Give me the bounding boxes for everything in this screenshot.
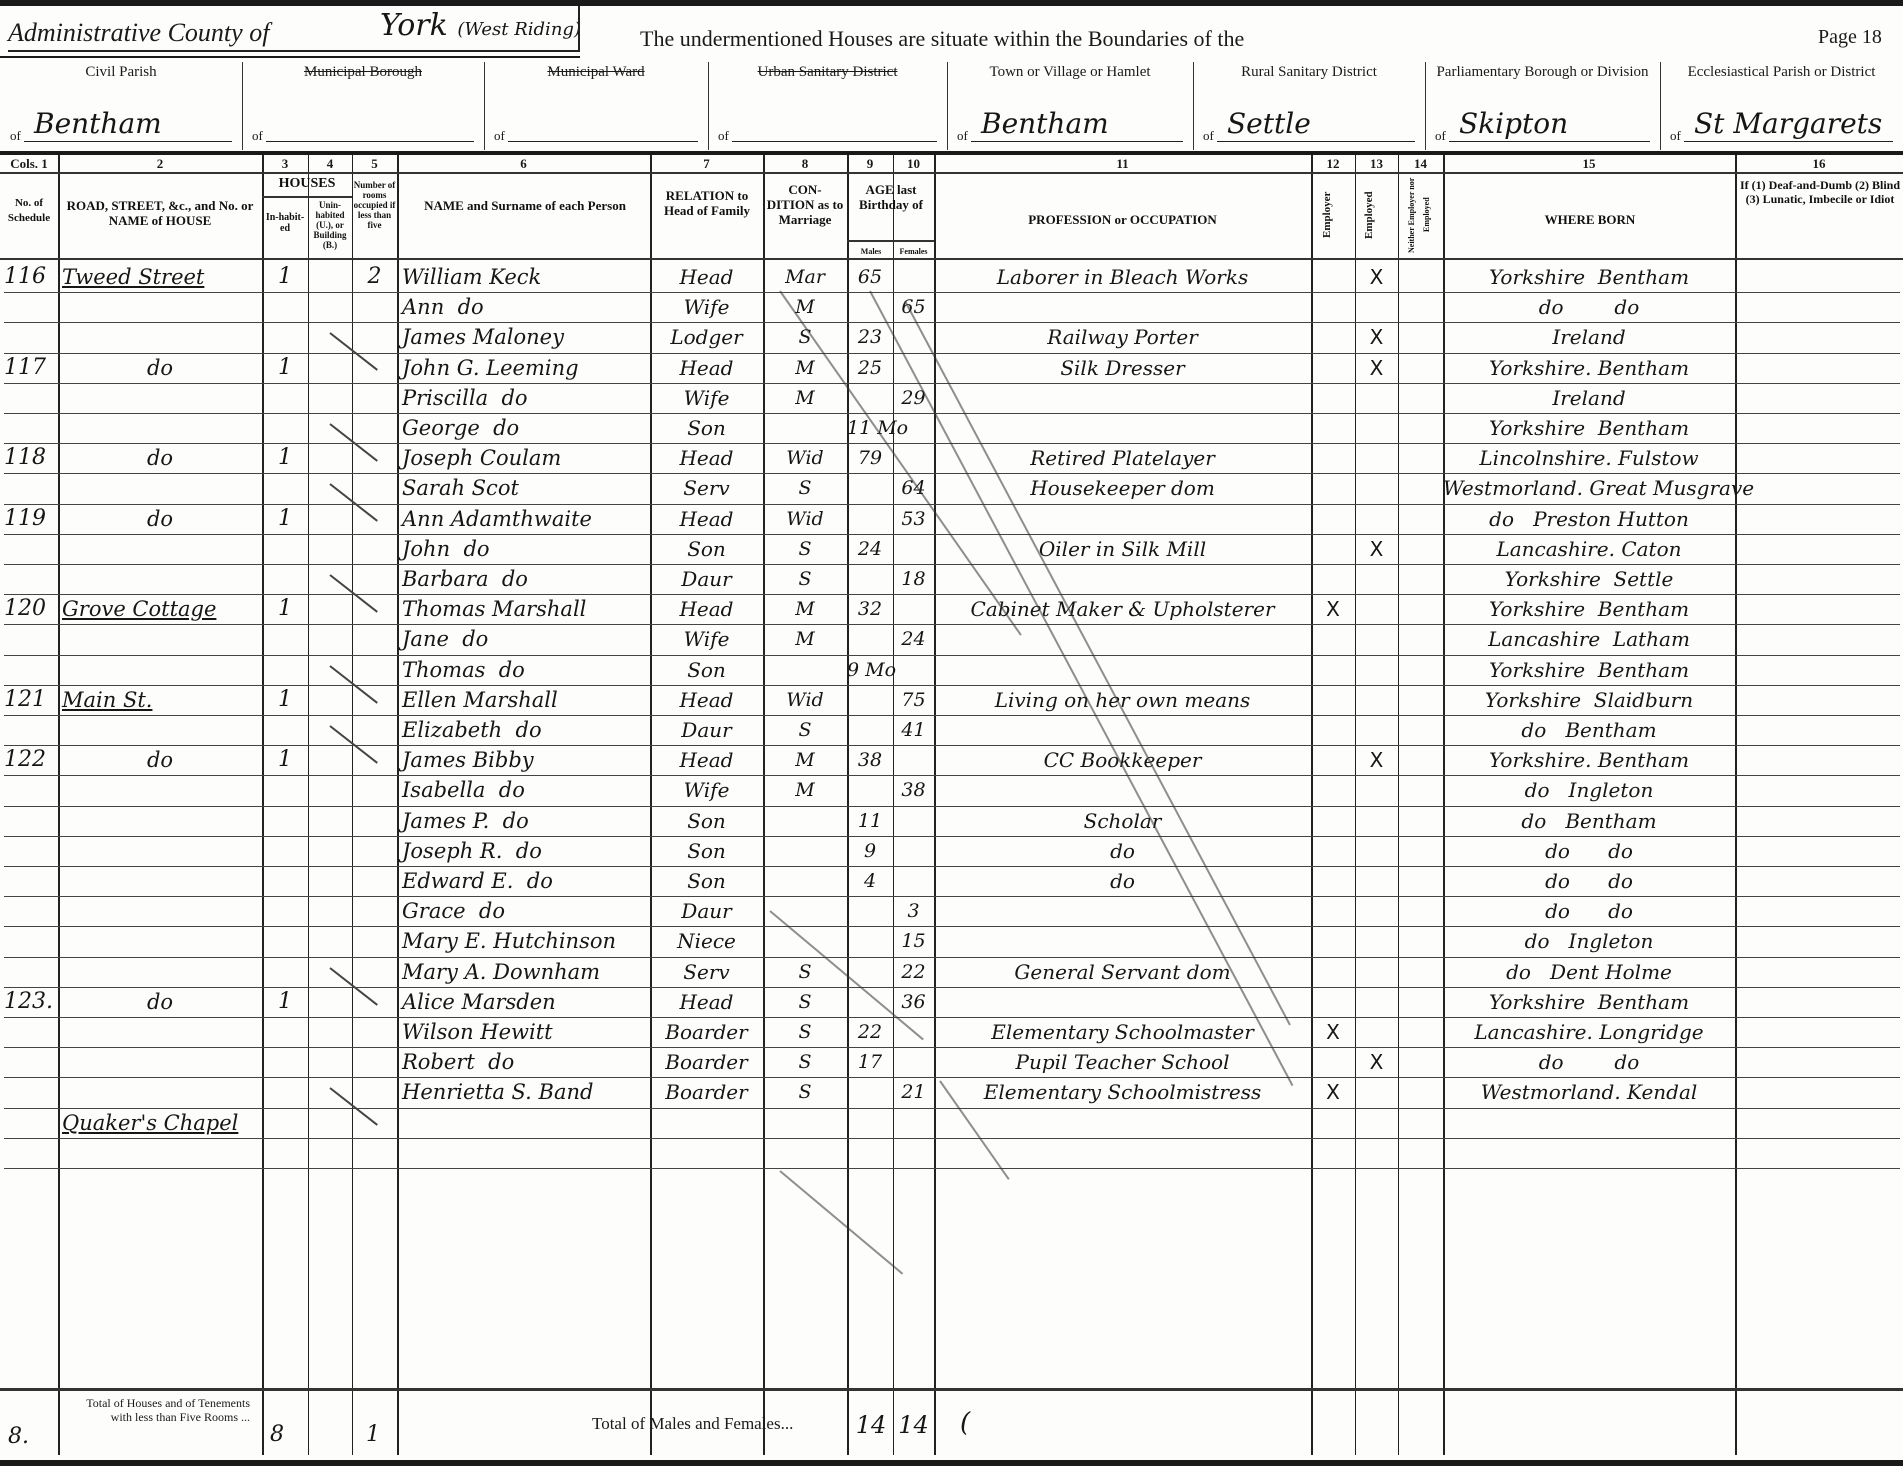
schedule-number: 123. — [4, 987, 58, 1017]
inhabited-count: 1 — [262, 262, 308, 292]
employed-mark — [1355, 715, 1398, 745]
person-name: John G. Leeming — [402, 353, 648, 383]
rooms-count — [352, 1077, 397, 1107]
age-female: 15 — [893, 926, 934, 956]
person-name: Ann do — [402, 292, 648, 322]
relation: Head — [650, 353, 763, 383]
area-field-4: Town or Village or HamletofBentham — [947, 60, 1193, 150]
condition: S — [763, 715, 847, 745]
road-or-house: Quaker's Chapel — [62, 1108, 258, 1138]
person-name: Alice Marsden — [402, 987, 648, 1017]
person-name: Henrietta S. Band — [402, 1077, 648, 1107]
road-or-house: do — [62, 745, 258, 775]
column-number: 14 — [1398, 156, 1443, 172]
column-divider — [397, 155, 399, 1455]
person-name — [402, 1138, 648, 1168]
person-name: James P. do — [402, 806, 648, 836]
occupation: CC Bookkeeper — [934, 745, 1311, 775]
occupation: Silk Dresser — [934, 353, 1311, 383]
employed-mark — [1355, 836, 1398, 866]
area-label: Rural Sanitary District — [1193, 64, 1425, 80]
relation: Head — [650, 594, 763, 624]
inhabited-count — [262, 806, 308, 836]
employed-mark — [1355, 1077, 1398, 1107]
area-of: of — [10, 128, 21, 144]
inhabited-count — [262, 926, 308, 956]
column-number: 6 — [397, 156, 650, 172]
col-males-heading: Males — [849, 244, 893, 259]
road-or-house — [62, 534, 258, 564]
employer-mark — [1311, 1138, 1355, 1168]
rooms-count — [352, 957, 397, 987]
condition: Wid — [763, 685, 847, 715]
birthplace: do Ingleton — [1443, 926, 1735, 956]
age-female — [893, 1108, 934, 1138]
column-divider — [308, 155, 309, 1455]
condition: S — [763, 1047, 847, 1077]
area-field-5: Rural Sanitary DistrictofSettle — [1193, 60, 1425, 150]
col-females-heading: Females — [893, 244, 934, 259]
schedule-number — [4, 715, 58, 745]
birthplace: do Preston Hutton — [1443, 504, 1735, 534]
inhabited-count — [262, 775, 308, 805]
road-or-house: Grove Cottage — [62, 594, 258, 624]
condition: Mar — [763, 262, 847, 292]
employed-mark: X — [1355, 262, 1398, 292]
col-inhabited-heading: In-habit-ed — [262, 212, 308, 234]
relation: Head — [650, 987, 763, 1017]
occupation — [934, 1108, 1311, 1138]
occupation: Pupil Teacher School — [934, 1047, 1311, 1077]
area-underline — [508, 141, 698, 142]
rooms-count — [352, 715, 397, 745]
rooms-count: 2 — [352, 262, 397, 292]
col-road-heading: ROAD, STREET, &c., and No. or NAME of HO… — [62, 198, 258, 228]
condition: S — [763, 957, 847, 987]
inhabited-count — [262, 1138, 308, 1168]
rooms-count — [352, 624, 397, 654]
person-name: Jane do — [402, 624, 648, 654]
area-underline — [1449, 141, 1650, 142]
schedule-number: 116 — [4, 262, 58, 292]
employer-mark: X — [1311, 1077, 1355, 1107]
occupation: do — [934, 866, 1311, 896]
employed-mark — [1355, 957, 1398, 987]
age-male — [847, 504, 893, 534]
area-of: of — [252, 128, 263, 144]
birthplace: Yorkshire Settle — [1443, 564, 1735, 594]
road-or-house — [62, 624, 258, 654]
inhabited-count: 1 — [262, 594, 308, 624]
column-number: 8 — [763, 156, 847, 172]
road-or-house — [62, 564, 258, 594]
area-underline — [732, 141, 937, 142]
relation: Head — [650, 745, 763, 775]
employed-mark — [1355, 866, 1398, 896]
houses-total: 8 — [270, 1420, 284, 1450]
age-female — [893, 413, 934, 443]
condition — [763, 413, 847, 443]
employer-mark — [1311, 896, 1355, 926]
schedule-number — [4, 866, 58, 896]
col-age-heading: AGE last Birthday of — [849, 182, 933, 212]
condition: M — [763, 383, 847, 413]
area-value: St Margarets — [1694, 107, 1882, 140]
page-number: Page 18 — [1818, 26, 1882, 49]
road-or-house — [62, 1077, 258, 1107]
inhabited-count — [262, 836, 308, 866]
col-neither-heading: Neither Employer nor Employed — [1404, 176, 1436, 254]
col-occupation-heading: PROFESSION or OCCUPATION — [940, 212, 1305, 227]
age-male: 9 — [847, 836, 893, 866]
condition: S — [763, 473, 847, 503]
relation: Son — [650, 413, 763, 443]
age-female — [893, 1138, 934, 1168]
employer-mark — [1311, 775, 1355, 805]
birthplace: Lancashire Latham — [1443, 624, 1735, 654]
relation — [650, 1108, 763, 1138]
rooms-count — [352, 896, 397, 926]
occupation: Laborer in Bleach Works — [934, 262, 1311, 292]
condition: M — [763, 292, 847, 322]
inhabited-count: 1 — [262, 353, 308, 383]
road-or-house — [62, 655, 258, 685]
area-label: Civil Parish — [0, 64, 242, 80]
rooms-count — [352, 564, 397, 594]
inhabited-count — [262, 866, 308, 896]
person-name: Robert do — [402, 1047, 648, 1077]
employed-mark — [1355, 624, 1398, 654]
schedule-number — [4, 836, 58, 866]
column-number: 12 — [1311, 156, 1355, 172]
employer-mark: X — [1311, 1017, 1355, 1047]
employed-mark — [1355, 564, 1398, 594]
age-female — [893, 534, 934, 564]
relation: Head — [650, 504, 763, 534]
schedule-number — [4, 322, 58, 352]
birthplace: do do — [1443, 1047, 1735, 1077]
schedule-number — [4, 957, 58, 987]
age-female: 41 — [893, 715, 934, 745]
employed-mark: X — [1355, 353, 1398, 383]
road-or-house — [62, 383, 258, 413]
road-or-house — [62, 866, 258, 896]
age-female: 21 — [893, 1077, 934, 1107]
occupation: Oiler in Silk Mill — [934, 534, 1311, 564]
column-number: 15 — [1443, 156, 1735, 172]
rooms-count — [352, 473, 397, 503]
person-name: Sarah Scot — [402, 473, 648, 503]
schedule-number — [4, 806, 58, 836]
age-female: 22 — [893, 957, 934, 987]
area-label: Municipal Borough — [242, 64, 484, 80]
footer-rule — [0, 1388, 1903, 1391]
age-male — [847, 926, 893, 956]
age-female: 53 — [893, 504, 934, 534]
age-female — [893, 1047, 934, 1077]
employer-mark — [1311, 353, 1355, 383]
col-employer-heading: Employer — [1320, 180, 1335, 250]
rooms-count — [352, 775, 397, 805]
admin-county-separator — [578, 6, 580, 52]
relation: Daur — [650, 715, 763, 745]
employed-mark: X — [1355, 534, 1398, 564]
employer-mark: X — [1311, 594, 1355, 624]
employer-mark — [1311, 926, 1355, 956]
schedule-number — [4, 1017, 58, 1047]
column-number: 9 — [847, 156, 893, 172]
schedule-number — [4, 564, 58, 594]
age-female — [893, 353, 934, 383]
relation: Wife — [650, 775, 763, 805]
area-of: of — [957, 128, 968, 144]
header-rule — [0, 258, 1903, 260]
employer-mark — [1311, 413, 1355, 443]
rooms-total: 1 — [366, 1420, 380, 1450]
road-or-house: Tweed Street — [62, 262, 258, 292]
schedule-number — [4, 534, 58, 564]
area-field-3: Urban Sanitary Districtof — [708, 60, 947, 150]
employed-mark — [1355, 896, 1398, 926]
schedule-number — [4, 926, 58, 956]
inhabited-count — [262, 655, 308, 685]
employer-mark — [1311, 745, 1355, 775]
age-male: 32 — [847, 594, 893, 624]
age-male — [847, 775, 893, 805]
relation: Daur — [650, 896, 763, 926]
age-male: 38 — [847, 745, 893, 775]
age-male — [847, 1108, 893, 1138]
road-or-house: do — [62, 504, 258, 534]
admin-county-underline — [8, 50, 578, 52]
age-male — [847, 987, 893, 1017]
inhabited-count — [262, 715, 308, 745]
birthplace: Lancashire. Caton — [1443, 534, 1735, 564]
column-number: 3 — [262, 156, 308, 172]
area-field-0: Civil ParishofBentham — [0, 60, 242, 150]
column-number: 5 — [352, 156, 397, 172]
occupation — [934, 383, 1311, 413]
schedule-number — [4, 655, 58, 685]
area-of: of — [1203, 128, 1214, 144]
area-of: of — [1435, 128, 1446, 144]
area-value: Bentham — [34, 107, 162, 140]
inhabited-count: 1 — [262, 745, 308, 775]
age-female: 38 — [893, 775, 934, 805]
employed-mark — [1355, 1017, 1398, 1047]
birthplace: Yorkshire. Bentham — [1443, 353, 1735, 383]
relation: Boarder — [650, 1077, 763, 1107]
occupation: Retired Platelayer — [934, 443, 1311, 473]
condition — [763, 655, 847, 685]
person-name: Joseph Coulam — [402, 443, 648, 473]
age-female: 36 — [893, 987, 934, 1017]
relation: Son — [650, 806, 763, 836]
person-name — [402, 1108, 648, 1138]
area-value: Settle — [1227, 107, 1311, 140]
employed-mark — [1355, 1108, 1398, 1138]
road-or-house — [62, 413, 258, 443]
employed-mark — [1355, 413, 1398, 443]
person-name: William Keck — [402, 262, 648, 292]
employed-mark — [1355, 806, 1398, 836]
inhabited-count: 1 — [262, 987, 308, 1017]
birthplace: do do — [1443, 896, 1735, 926]
inhabited-count: 1 — [262, 504, 308, 534]
relation: Son — [650, 534, 763, 564]
col-born-heading: WHERE BORN — [1450, 212, 1730, 227]
employer-mark — [1311, 383, 1355, 413]
col-condition-heading: CON-DITION as to Marriage — [766, 182, 844, 227]
area-field-1: Municipal Boroughof — [242, 60, 484, 150]
rooms-count — [352, 1017, 397, 1047]
occupation: Scholar — [934, 806, 1311, 836]
col-schedule-heading: No. of Schedule — [0, 196, 58, 226]
road-or-house: do — [62, 443, 258, 473]
occupation — [934, 896, 1311, 926]
age-female — [893, 806, 934, 836]
condition: S — [763, 564, 847, 594]
condition: S — [763, 987, 847, 1017]
age-male: 11 — [847, 806, 893, 836]
employer-mark — [1311, 534, 1355, 564]
condition — [763, 1108, 847, 1138]
col-rooms-heading: Number of rooms occupied if less than fi… — [352, 180, 397, 230]
age-male — [847, 715, 893, 745]
road-or-house — [62, 896, 258, 926]
condition: M — [763, 624, 847, 654]
occupation: Housekeeper dom — [934, 473, 1311, 503]
employed-mark — [1355, 504, 1398, 534]
birthplace: Ireland — [1443, 383, 1735, 413]
employed-mark — [1355, 926, 1398, 956]
employer-mark — [1311, 262, 1355, 292]
schedule-number: 117 — [4, 353, 58, 383]
inhabited-count — [262, 322, 308, 352]
relation: Niece — [650, 926, 763, 956]
age-female: 18 — [893, 564, 934, 594]
road-or-house — [62, 715, 258, 745]
road-or-house — [62, 1047, 258, 1077]
age-female: 75 — [893, 685, 934, 715]
column-number: 11 — [934, 156, 1311, 172]
occupation: do — [934, 836, 1311, 866]
birthplace — [1443, 1138, 1735, 1168]
age-male: 65 — [847, 262, 893, 292]
relation: Lodger — [650, 322, 763, 352]
boundaries-text: The undermentioned Houses are situate wi… — [640, 26, 1244, 52]
schedule-number: 122 — [4, 745, 58, 775]
person-name: Isabella do — [402, 775, 648, 805]
schedule-number — [4, 896, 58, 926]
inhabited-count — [262, 473, 308, 503]
person-name: George do — [402, 413, 648, 443]
column-number: 7 — [650, 156, 763, 172]
rooms-count — [352, 292, 397, 322]
rooms-count — [352, 383, 397, 413]
occupation: Elementary Schoolmaster — [934, 1017, 1311, 1047]
column-divider — [1398, 155, 1399, 1455]
employed-mark — [1355, 655, 1398, 685]
condition: M — [763, 775, 847, 805]
rooms-count — [352, 1047, 397, 1077]
census-page: Administrative County of York (West Ridi… — [0, 0, 1903, 1466]
employer-mark — [1311, 655, 1355, 685]
employer-mark — [1311, 624, 1355, 654]
area-underline — [24, 141, 232, 142]
inhabited-count — [262, 564, 308, 594]
schedules-total: 8. — [8, 1422, 29, 1452]
occupation — [934, 413, 1311, 443]
person-name: James Maloney — [402, 322, 648, 352]
condition: S — [763, 1077, 847, 1107]
age-male: 79 — [847, 443, 893, 473]
area-field-7: Ecclesiastical Parish or DistrictofSt Ma… — [1660, 60, 1903, 150]
condition: M — [763, 594, 847, 624]
col-name-heading: NAME and Surname of each Person — [420, 198, 630, 213]
column-divider — [1735, 155, 1737, 1455]
area-field-6: Parliamentary Borough or DivisionofSkipt… — [1425, 60, 1660, 150]
area-divider — [1660, 62, 1661, 150]
birthplace: Yorkshire. Bentham — [1443, 745, 1735, 775]
road-or-house — [62, 957, 258, 987]
age-male — [847, 292, 893, 322]
inhabited-count — [262, 1017, 308, 1047]
age-female: 3 — [893, 896, 934, 926]
header-bottom-rule — [0, 151, 1903, 155]
inhabited-count — [262, 413, 308, 443]
relation: Wife — [650, 383, 763, 413]
employer-mark — [1311, 957, 1355, 987]
age-male: 23 — [847, 322, 893, 352]
admin-county-value: York (West Riding) — [380, 8, 581, 43]
schedule-number — [4, 1077, 58, 1107]
schedule-number — [4, 413, 58, 443]
scan-edge-top — [0, 0, 1903, 6]
person-name: Wilson Hewitt — [402, 1017, 648, 1047]
age-female — [893, 836, 934, 866]
age-male — [847, 1138, 893, 1168]
relation: Son — [650, 655, 763, 685]
occupation — [934, 655, 1311, 685]
condition: Wid — [763, 443, 847, 473]
rooms-count — [352, 806, 397, 836]
area-of: of — [1670, 128, 1681, 144]
age-male — [847, 564, 893, 594]
condition — [763, 1138, 847, 1168]
employer-mark — [1311, 504, 1355, 534]
area-divider — [484, 62, 485, 150]
area-of: of — [494, 128, 505, 144]
inhabited-count — [262, 624, 308, 654]
relation: Wife — [650, 292, 763, 322]
condition: S — [763, 1017, 847, 1047]
employed-mark: X — [1355, 1047, 1398, 1077]
inhabited-count — [262, 534, 308, 564]
person-name: James Bibby — [402, 745, 648, 775]
birthplace: Yorkshire Bentham — [1443, 655, 1735, 685]
rooms-count — [352, 836, 397, 866]
inhabited-count — [262, 292, 308, 322]
road-or-house — [62, 292, 258, 322]
employer-mark — [1311, 473, 1355, 503]
occupation — [934, 715, 1311, 745]
occupation: Elementary Schoolmistress — [934, 1077, 1311, 1107]
age-male — [847, 624, 893, 654]
age-female: 24 — [893, 624, 934, 654]
employer-mark — [1311, 987, 1355, 1017]
inhabited-count: 1 — [262, 443, 308, 473]
